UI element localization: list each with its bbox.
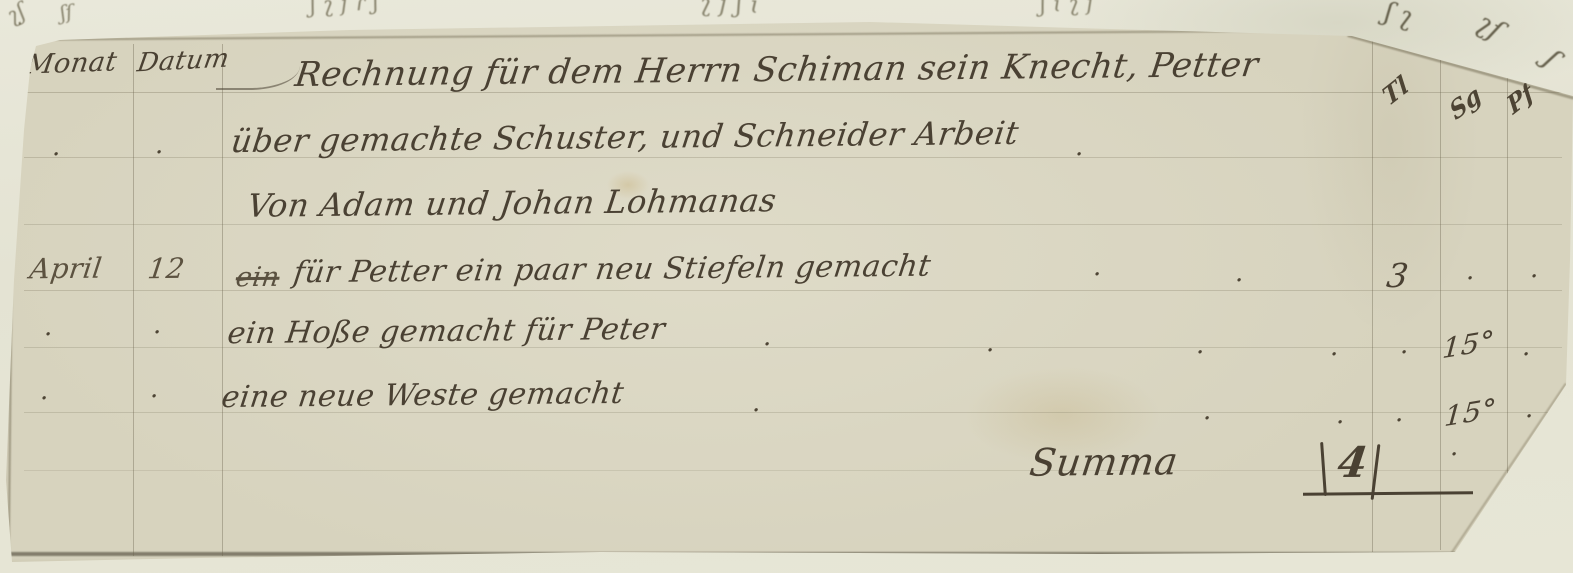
row1-amount-sgr: · [1466,264,1474,294]
column-header-silbergroschen: Sg [1445,79,1486,126]
row2-amount-pf: · [1522,340,1530,370]
cell-dot: · [52,140,60,170]
bleedthrough-script: ʅ ſ ʃ ɩ [700,0,760,19]
leader-dot: · [1336,408,1344,438]
row3-amount-pf: · [1525,402,1533,432]
paper-bottom-edge [8,552,1468,556]
row3-amount-sgr: 15° [1443,392,1498,433]
leader-dot: · [1093,260,1101,290]
paper-left-edge [8,120,15,560]
bleedthrough-script: ʃſ [58,0,75,25]
grid-vline-money2 [1440,36,1441,550]
total-value: 4 [1335,438,1371,487]
bleedthrough-script: ʃ ʅ [1382,0,1416,33]
column-header-month: Monat [24,46,120,80]
grid-vline-date [222,44,223,556]
title-line1: Rechnung für dem Herrn Schiman sein Knec… [293,45,1261,95]
scanned-receipt-page: { "palette":{"background":"#e7e6d7","pap… [0,0,1573,573]
row2-amount-sgr: 15° [1441,324,1496,365]
row1-amount-pf: · [1530,262,1538,292]
bleedthrough-script: ʃ ɩ ʅ ſ [1040,0,1095,18]
leader-dot: · [763,330,771,360]
leader-dot: · [752,396,760,426]
grid-vline-month [133,44,134,556]
bleedthrough-script: ʃ ʅ ſ ɾ ʃ [309,0,379,19]
bleedthrough-script: ʃ [1537,44,1566,73]
grid-hline [24,470,1562,471]
title-line3: Von Adam und Johan Lohmanas [245,181,779,225]
column-header-taler: Tl [1378,69,1413,112]
row2-text: ein Hoße gemacht für Peter [225,312,667,352]
row2-month: · [44,320,52,350]
bleedthrough-script: ʅſ [1471,6,1509,47]
row3-date: · [150,382,158,412]
row1-month: April [28,252,104,286]
receipt-paper: Monat Datum Tl Sg Pf Rechnung für dem He… [0,0,1573,573]
leader-dot: · [1330,340,1338,370]
row1-text: für Petter ein paar neu Stiefeln gemacht [291,249,933,291]
cell-dot: · [155,138,163,168]
row3-text: eine neue Weste gemacht [219,376,626,415]
leader-dot: · [986,336,994,366]
bleedthrough-script: ʅʃ [4,0,29,29]
total-underline [1303,491,1473,495]
row3-amount-taler: · [1395,406,1403,436]
paper-top-edge [50,29,1350,40]
total-label: Summa [1027,439,1181,485]
row2-amount-taler: · [1400,338,1408,368]
row1-struck-word: ein [234,262,282,293]
pen-flourish [216,66,300,90]
total-after-dot: · [1450,440,1458,470]
leader-dot: · [1196,338,1204,368]
leader-dot: · [1203,404,1211,434]
row3-month: · [40,384,48,414]
row1-date: 12 [146,252,187,285]
row2-date: · [153,318,161,348]
total-left-bar [1320,442,1327,496]
grid-hline [24,92,1562,93]
leader-dot: · [1075,140,1083,170]
leader-dot: · [1235,266,1243,296]
title-line2: über gemachte Schuster, und Schneider Ar… [229,114,1021,160]
